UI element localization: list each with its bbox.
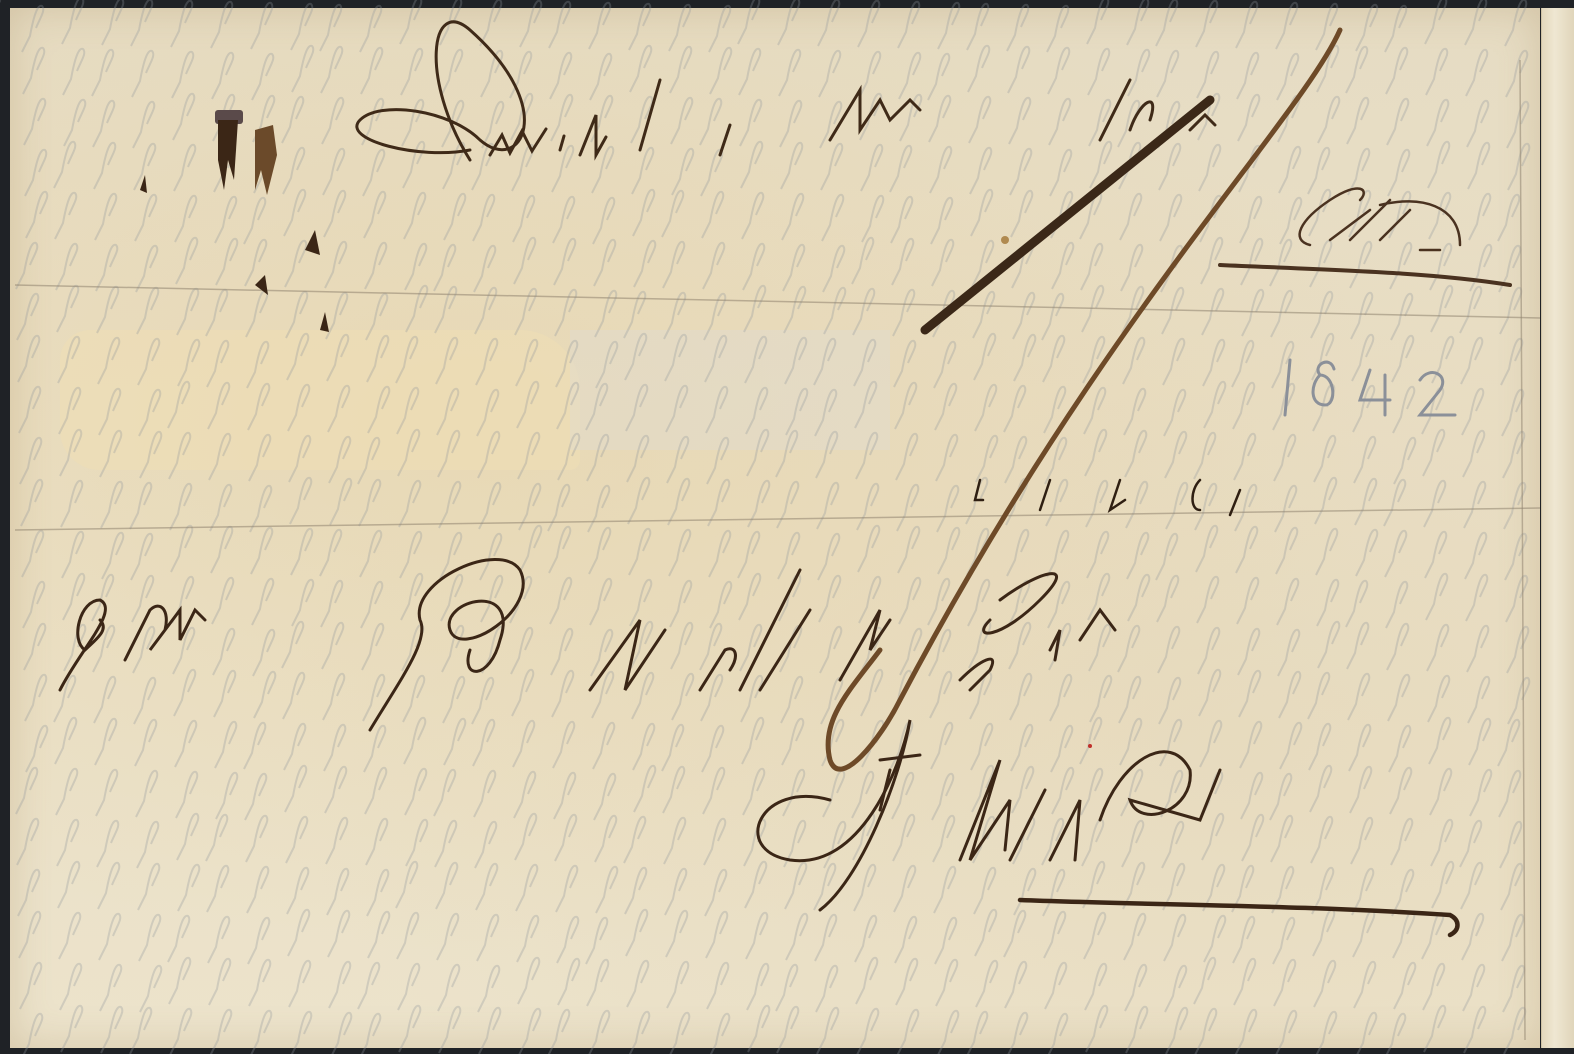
address-script bbox=[60, 560, 1115, 730]
annotation-fulla bbox=[1220, 188, 1510, 285]
fold-lines bbox=[15, 60, 1540, 1040]
ink-dot bbox=[1001, 236, 1009, 244]
red-dot bbox=[1088, 744, 1092, 748]
handwriting-layer bbox=[0, 0, 1574, 1054]
